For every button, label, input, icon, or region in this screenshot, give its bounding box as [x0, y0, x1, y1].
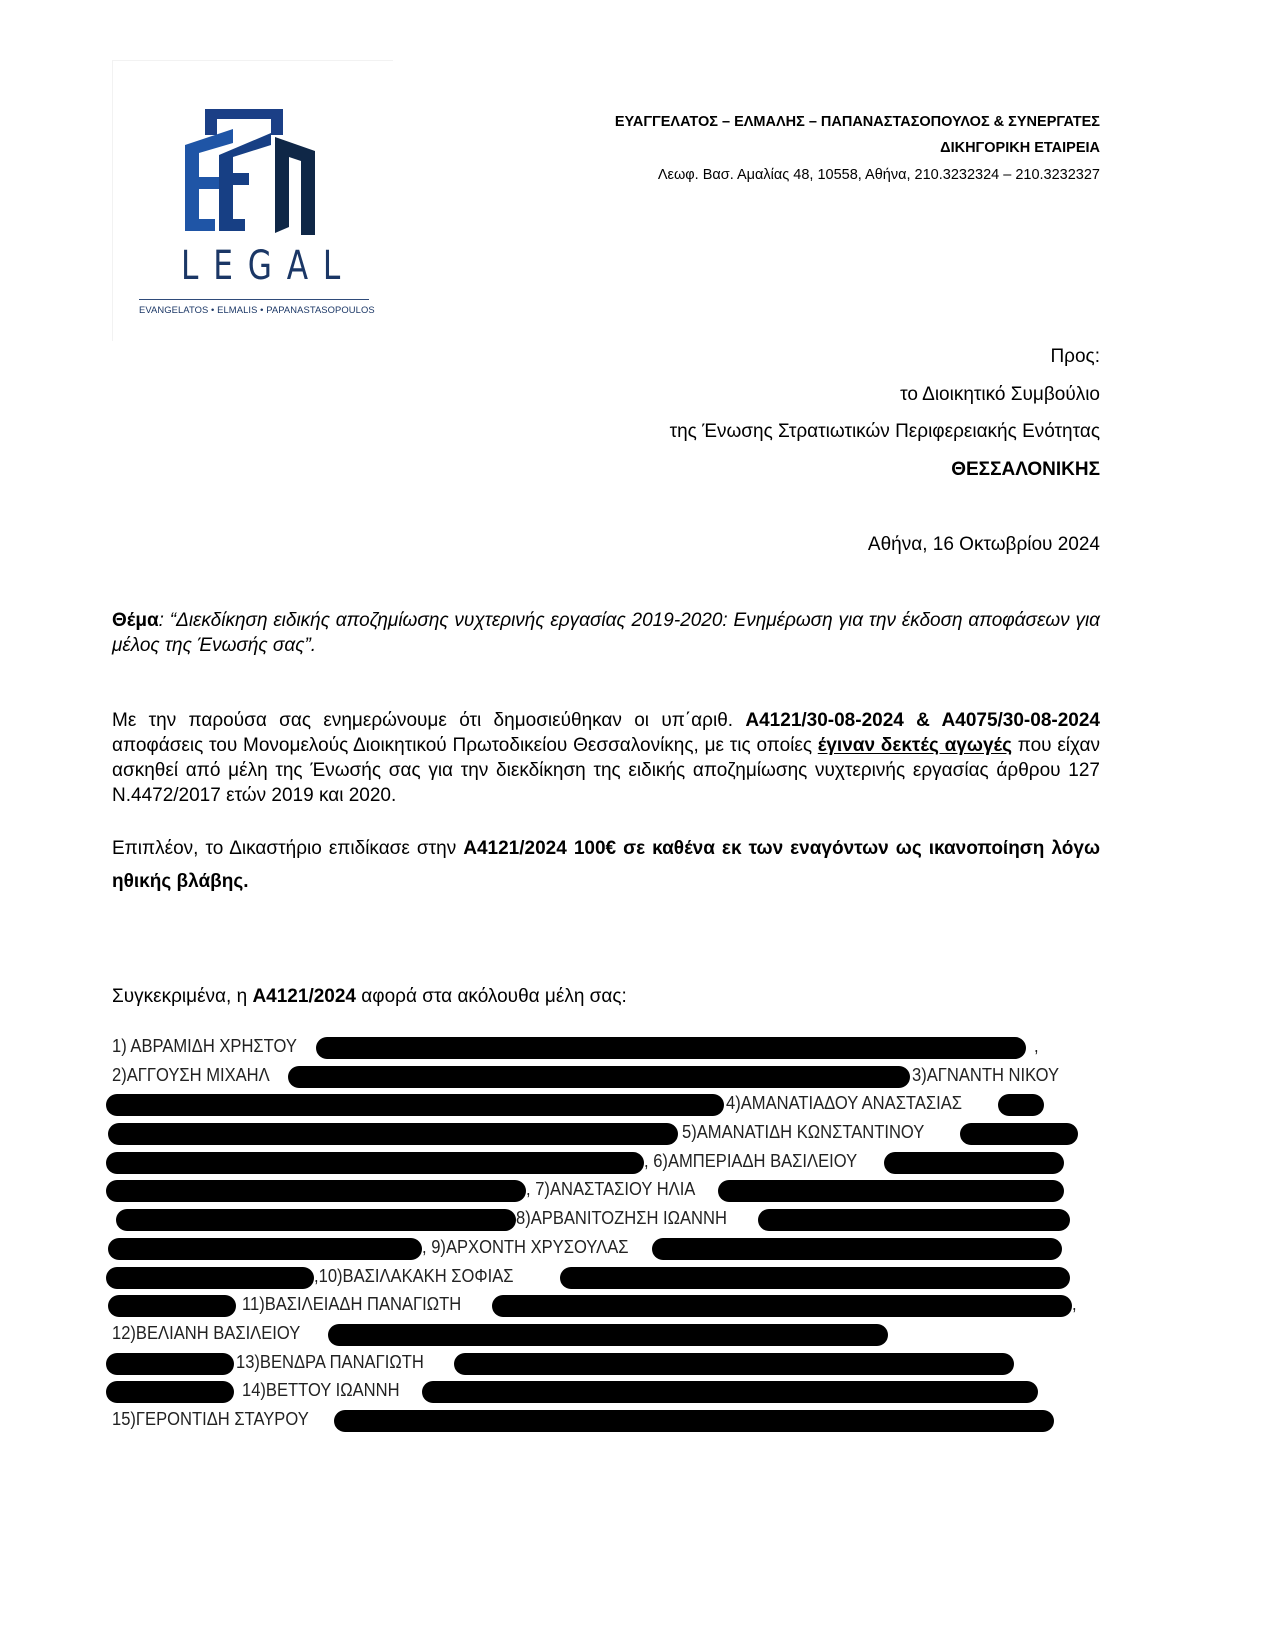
- member-name: 2)ΑΓΓΟΥΣΗ ΜΙΧΑΗΛ: [112, 1065, 270, 1086]
- logo-subtitle: EVANGELATOS • ELMALIS • PAPANASTASOPOULO…: [139, 304, 375, 315]
- member-name-text: 6)ΑΜΠΕΡΙΑΔΗ ΒΑΣΙΛΕΙΟΥ: [653, 1151, 857, 1171]
- member-name: 5)ΑΜΑΝΑΤΙΔΗ ΚΩΝΣΤΑΝΤΙΝΟΥ: [682, 1122, 924, 1143]
- list-item: 4)ΑΜΑΝΑΤΙΑΔΟΥ ΑΝΑΣΤΑΣΙΑΣ: [112, 1090, 1112, 1119]
- redaction-bar: [652, 1238, 1062, 1260]
- separator: ,: [644, 1151, 653, 1171]
- member-name: , 6)ΑΜΠΕΡΙΑΔΗ ΒΑΣΙΛΕΙΟΥ: [644, 1151, 857, 1172]
- redaction-bar: [106, 1094, 724, 1116]
- redaction-bar: [106, 1152, 644, 1174]
- member-name-text: 10)ΒΑΣΙΛΑΚΑΚΗ ΣΟΦΙΑΣ: [319, 1266, 514, 1286]
- separator: ,: [1072, 1294, 1077, 1315]
- redaction-bar: [316, 1037, 1026, 1059]
- member-name: 3)ΑΓΝΑΝΤΗ ΝΙΚΟΥ: [912, 1065, 1059, 1086]
- letter-date: Αθήνα, 16 Οκτωβρίου 2024: [868, 534, 1100, 556]
- redaction-bar: [422, 1381, 1038, 1403]
- paragraph-decisions: Με την παρούσα σας ενημερώνουμε ότι δημο…: [112, 708, 1100, 808]
- member-name: 8)ΑΡΒΑΝΙΤΟΖΗΣΗ ΙΩΑΝΝΗ: [516, 1208, 727, 1229]
- redaction-bar: [106, 1267, 314, 1289]
- firm-name: ΕΥΑΓΓΕΛΑΤΟΣ – ΕΛΜΑΛΗΣ – ΠΑΠΑΝΑΣΤΑΣΟΠΟΥΛΟ…: [615, 114, 1100, 130]
- members-list: 1) ΑΒΡΑΜΙΔΗ ΧΡΗΣΤΟΥ , 2)ΑΓΓΟΥΣΗ ΜΙΧΑΗΛ 3…: [112, 1033, 1112, 1435]
- member-name: 12)ΒΕΛΙΑΝΗ ΒΑΣΙΛΕΙΟΥ: [112, 1323, 300, 1344]
- subject-label: Θέμα: [112, 610, 159, 631]
- redaction-bar: [492, 1295, 1072, 1317]
- building-monogram-icon: [175, 107, 325, 237]
- redaction-bar: [998, 1094, 1044, 1116]
- firm-logo: LEGAL EVANGELATOS • ELMALIS • PAPANASTAS…: [112, 60, 393, 341]
- list-item: 13)ΒΕΝΔΡΑ ΠΑΝΑΓΙΩΤΗ: [112, 1349, 1112, 1378]
- logo-divider: [139, 299, 369, 300]
- list-item: ,10)ΒΑΣΙΛΑΚΑΚΗ ΣΟΦΙΑΣ: [112, 1263, 1112, 1292]
- redaction-bar: [328, 1324, 888, 1346]
- member-name: 1) ΑΒΡΑΜΙΔΗ ΧΡΗΣΤΟΥ: [112, 1036, 297, 1057]
- recipient-line1: το Διοικητικό Συμβούλιο: [900, 384, 1100, 406]
- redaction-bar: [108, 1295, 236, 1317]
- separator: ,: [526, 1179, 535, 1199]
- recipient-line3: ΘΕΣΣΑΛΟΝΙΚΗΣ: [951, 459, 1100, 481]
- p3-decision: Α4121/2024: [252, 986, 356, 1007]
- subject-line: Θέμα: “Διεκδίκηση ειδικής αποζημίωσης νυ…: [112, 608, 1100, 658]
- redaction-bar: [106, 1381, 234, 1403]
- p3-intro: Συγκεκριμένα, η: [112, 986, 252, 1007]
- redaction-bar: [884, 1152, 1064, 1174]
- recipient-to: Προς:: [1050, 346, 1100, 368]
- redaction-bar: [718, 1180, 1064, 1202]
- redaction-bar: [106, 1353, 234, 1375]
- member-name: , 7)ΑΝΑΣΤΑΣΙΟΥ ΗΛΙΑ: [526, 1179, 695, 1200]
- member-name: 4)ΑΜΑΝΑΤΙΑΔΟΥ ΑΝΑΣΤΑΣΙΑΣ: [726, 1093, 962, 1114]
- list-item: 1) ΑΒΡΑΜΙΔΗ ΧΡΗΣΤΟΥ ,: [112, 1033, 1112, 1062]
- member-name: , 9)ΑΡΧΟΝΤΗ ΧΡΥΣΟΥΛΑΣ: [422, 1237, 628, 1258]
- recipient-line2: της Ένωσης Στρατιωτικών Περιφερειακής Εν…: [670, 421, 1100, 443]
- list-item: , 6)ΑΜΠΕΡΙΑΔΗ ΒΑΣΙΛΕΙΟΥ: [112, 1148, 1112, 1177]
- member-name: ,10)ΒΑΣΙΛΑΚΑΚΗ ΣΟΦΙΑΣ: [314, 1266, 513, 1287]
- redaction-bar: [960, 1123, 1078, 1145]
- member-name: 15)ΓΕΡΟΝΤΙΔΗ ΣΤΑΥΡΟΥ: [112, 1409, 309, 1430]
- paragraph-damages: Επιπλέον, το Δικαστήριο επιδίκασε στην Α…: [112, 832, 1100, 898]
- list-item: 15)ΓΕΡΟΝΤΙΔΗ ΣΤΑΥΡΟΥ: [112, 1406, 1112, 1435]
- redaction-bar: [288, 1066, 910, 1088]
- list-item: 14)ΒΕΤΤΟΥ ΙΩΑΝΝΗ: [112, 1377, 1112, 1406]
- logo-wordmark: LEGAL: [181, 243, 355, 289]
- list-item: 11)ΒΑΣΙΛΕΙΑΔΗ ΠΑΝΑΓΙΩΤΗ ,: [112, 1291, 1112, 1320]
- list-item: 12)ΒΕΛΙΑΝΗ ΒΑΣΙΛΕΙΟΥ: [112, 1320, 1112, 1349]
- redaction-bar: [560, 1267, 1070, 1289]
- list-item: 2)ΑΓΓΟΥΣΗ ΜΙΧΑΗΛ 3)ΑΓΝΑΝΤΗ ΝΙΚΟΥ: [112, 1062, 1112, 1091]
- redaction-bar: [108, 1123, 678, 1145]
- redaction-bar: [758, 1209, 1070, 1231]
- separator: ,: [1034, 1036, 1039, 1057]
- p1-intro: Με την παρούσα σας ενημερώνουμε ότι δημο…: [112, 710, 745, 731]
- paragraph-members-intro: Συγκεκριμένα, η Α4121/2024 αφορά στα ακό…: [112, 984, 1100, 1009]
- redaction-bar: [108, 1238, 422, 1260]
- p1-accepted: έγιναν δεκτές αγωγές: [818, 735, 1012, 756]
- list-item: 5)ΑΜΑΝΑΤΙΔΗ ΚΩΝΣΤΑΝΤΙΝΟΥ: [112, 1119, 1112, 1148]
- redaction-bar: [116, 1209, 516, 1231]
- member-name-text: 9)ΑΡΧΟΝΤΗ ΧΡΥΣΟΥΛΑΣ: [431, 1237, 628, 1257]
- member-name-text: 7)ΑΝΑΣΤΑΣΙΟΥ ΗΛΙΑ: [535, 1179, 695, 1199]
- redaction-bar: [106, 1180, 526, 1202]
- list-item: , 7)ΑΝΑΣΤΑΣΙΟΥ ΗΛΙΑ: [112, 1176, 1112, 1205]
- member-name: 14)ΒΕΤΤΟΥ ΙΩΑΝΝΗ: [242, 1380, 400, 1401]
- p1-decisions: Α4121/30-08-2024 & Α4075/30-08-2024: [745, 710, 1100, 731]
- separator: ,: [422, 1237, 431, 1257]
- list-item: , 9)ΑΡΧΟΝΤΗ ΧΡΥΣΟΥΛΑΣ: [112, 1234, 1112, 1263]
- list-item: 8)ΑΡΒΑΝΙΤΟΖΗΣΗ ΙΩΑΝΝΗ: [112, 1205, 1112, 1234]
- redaction-bar: [454, 1353, 1014, 1375]
- member-name: 13)ΒΕΝΔΡΑ ΠΑΝΑΓΙΩΤΗ: [236, 1352, 424, 1373]
- member-name: 11)ΒΑΣΙΛΕΙΑΔΗ ΠΑΝΑΓΙΩΤΗ: [242, 1294, 461, 1315]
- p2-intro: Επιπλέον, το Δικαστήριο επιδίκασε στην: [112, 838, 463, 859]
- redaction-bar: [334, 1410, 1054, 1432]
- subject-text: : “Διεκδίκηση ειδικής αποζημίωσης νυχτερ…: [112, 610, 1100, 656]
- p1-mid: αποφάσεις του Μονομελούς Διοικητικού Πρω…: [112, 735, 818, 756]
- firm-address: Λεωφ. Βασ. Αμαλίας 48, 10558, Αθήνα, 210…: [658, 167, 1100, 183]
- firm-type: ΔΙΚΗΓΟΡΙΚΗ ΕΤΑΙΡΕΙΑ: [940, 140, 1100, 156]
- p3-end: αφορά στα ακόλουθα μέλη σας:: [356, 986, 627, 1007]
